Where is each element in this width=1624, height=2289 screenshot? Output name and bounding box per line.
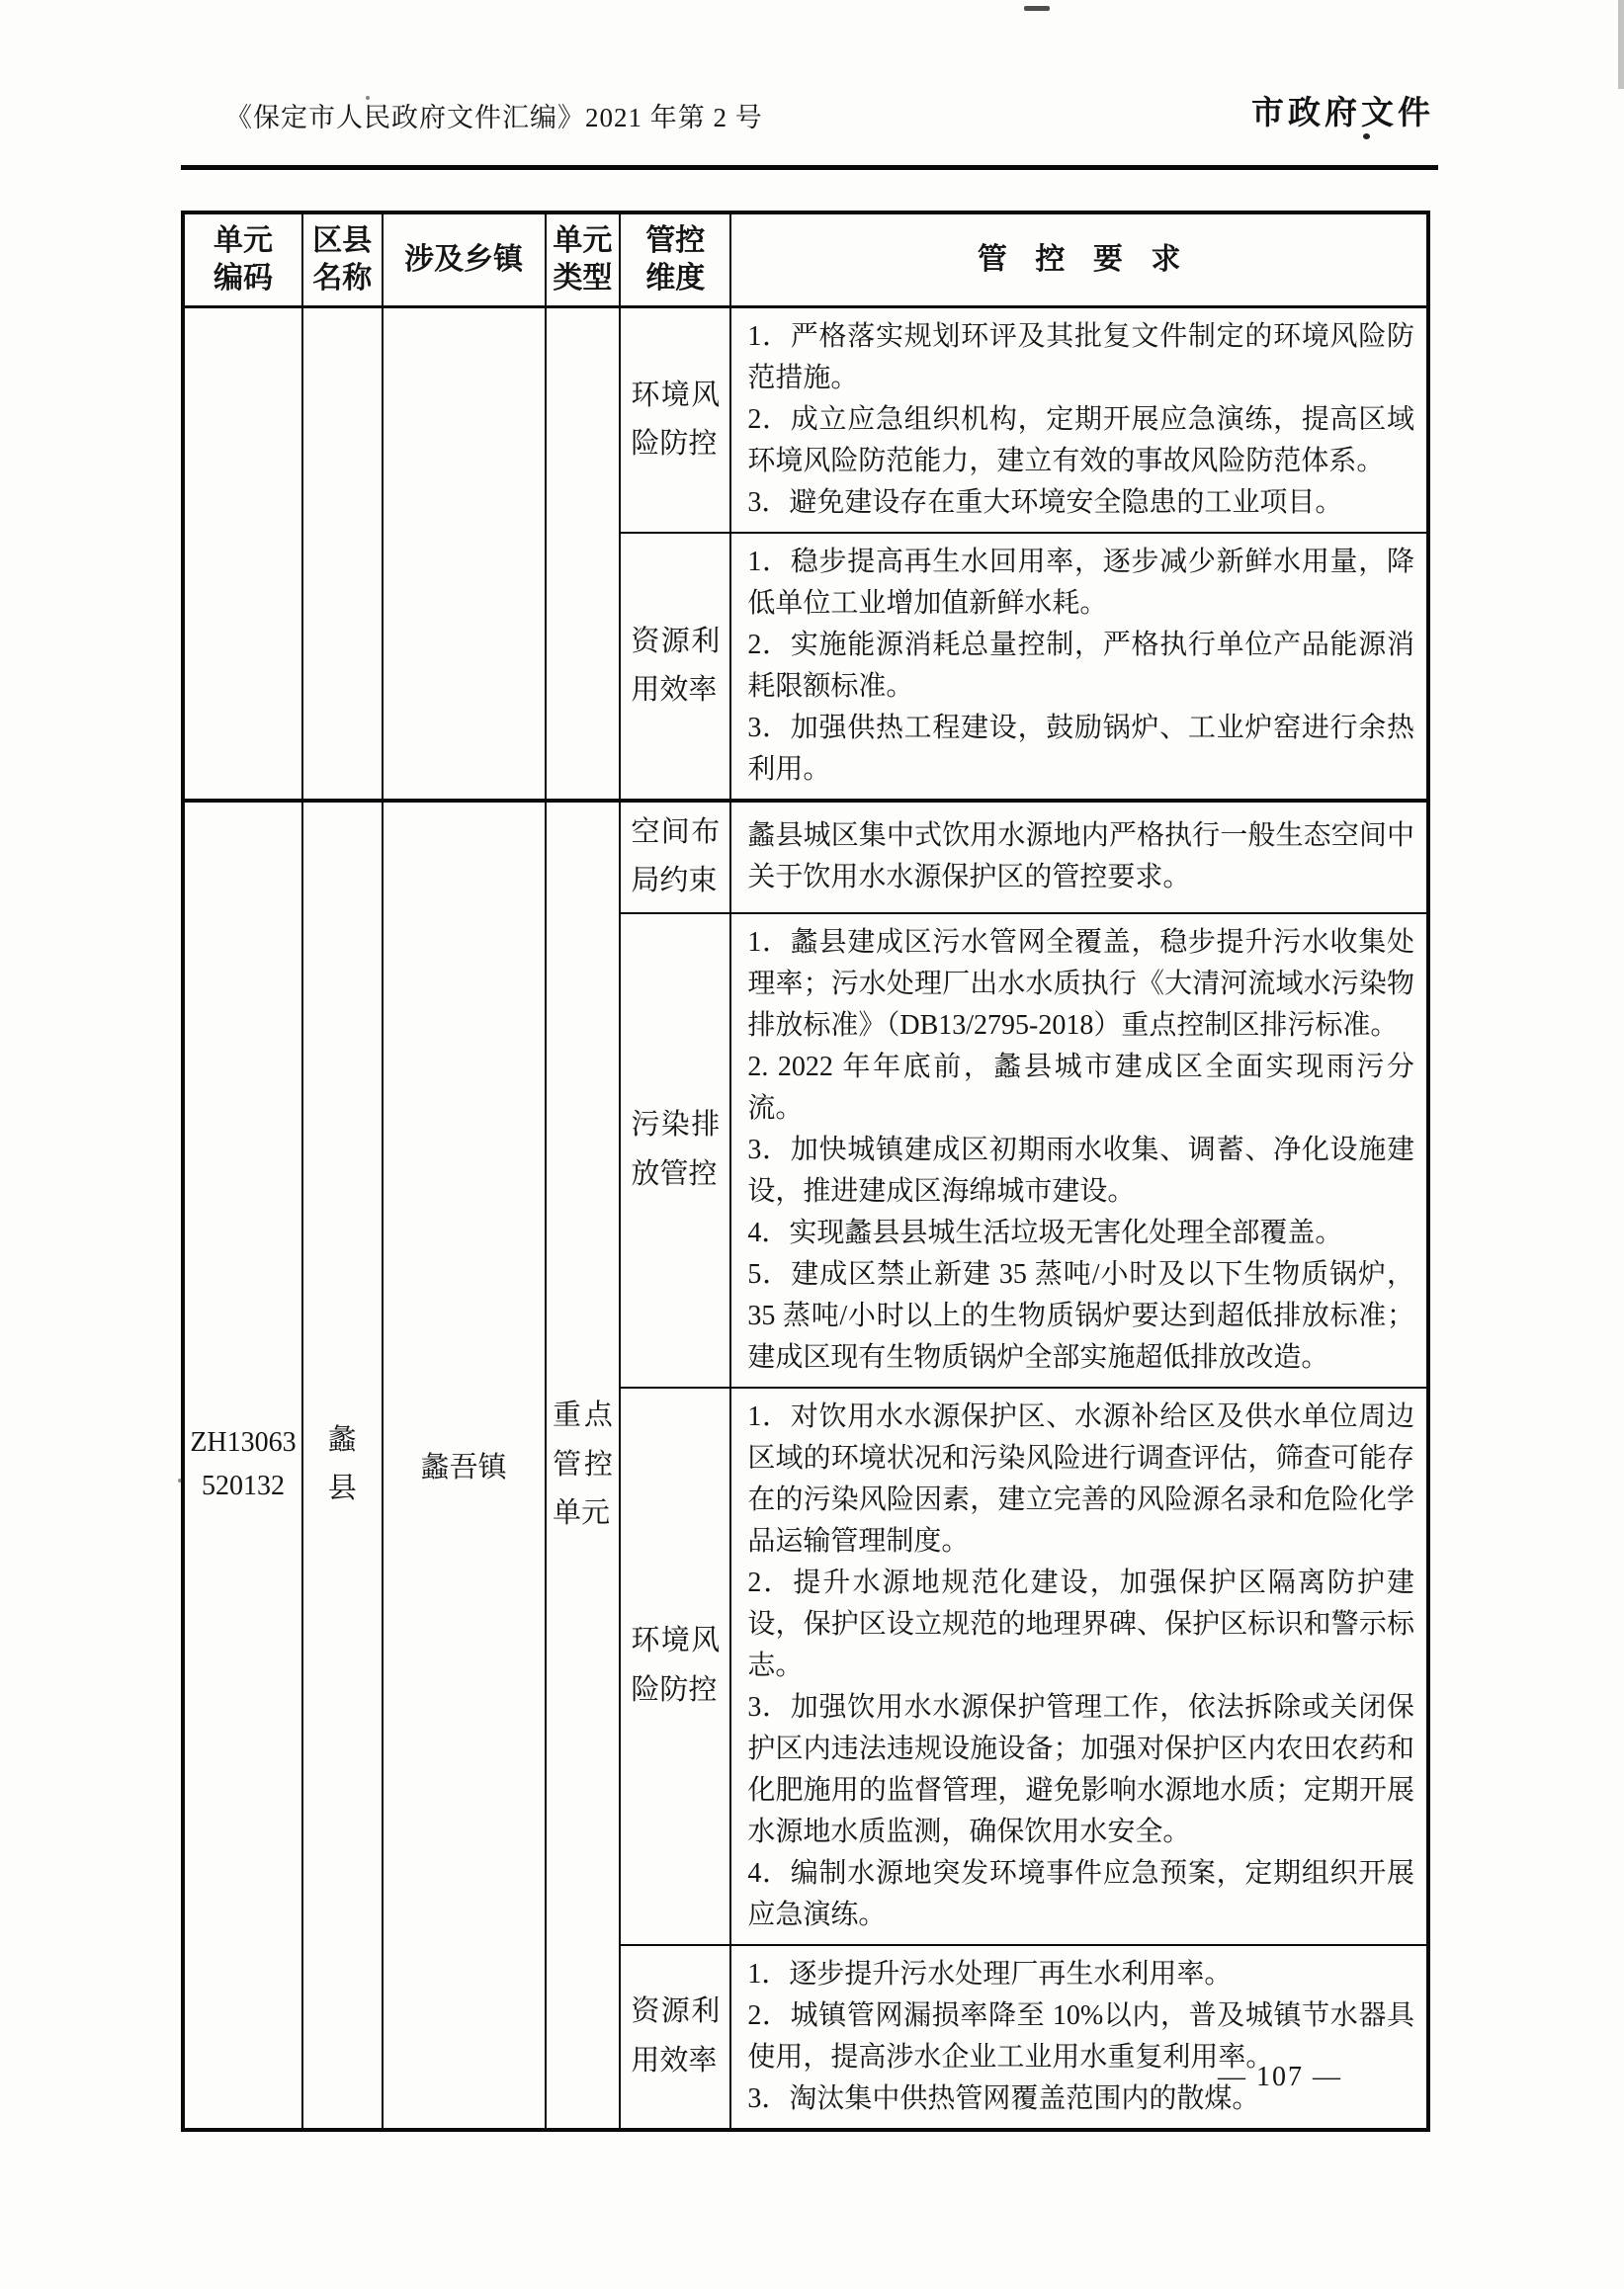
col-header-district-name: 区县名称 xyxy=(302,212,383,307)
requirement-item: 3．加强饮用水水源保护管理工作，依法拆除或关闭保护区内违法违规设施设备；加强对保… xyxy=(747,1687,1414,1853)
requirement-item: 2. 2022 年年底前，蠡县城市建成区全面实现雨污分流。 xyxy=(747,1047,1414,1130)
requirement-item: 1．稳步提高再生水回用率，逐步减少新鲜水用量，降低单位工业增加值新鲜水耗。 xyxy=(747,542,1414,625)
header-rule xyxy=(181,165,1438,170)
dimension-cell: 污染排放管控 xyxy=(620,913,730,1388)
requirement-item: 3．避免建设存在重大环境安全隐患的工业项目。 xyxy=(747,482,1414,524)
requirement-item: 蠡县城区集中式饮用水源地内严格执行一般生态空间中关于饮用水水源保护区的管控要求。 xyxy=(747,815,1414,898)
dimension-cell: 空间布局约束 xyxy=(620,801,730,913)
col-header-unit-code: 单元编码 xyxy=(183,212,302,307)
requirement-item: 5．建成区禁止新建 35 蒸吨/小时及以下生物质锅炉，35 蒸吨/小时以上的生物… xyxy=(747,1254,1414,1379)
requirement-item: 2．成立应急组织机构，定期开展应急演练，提高区域环境风险防范能力，建立有效的事故… xyxy=(747,399,1414,482)
dimension-cell: 资源利用效率 xyxy=(620,533,730,801)
scan-speck xyxy=(1363,133,1370,139)
table-row: 环境风险防控 1．严格落实规划环评及其批复文件制定的环境风险防范措施。 2．成立… xyxy=(183,307,1428,534)
requirements-cell: 蠡县城区集中式饮用水源地内严格执行一般生态空间中关于饮用水水源保护区的管控要求。 xyxy=(730,801,1428,913)
requirement-item: 2．实施能源消耗总量控制，严格执行单位产品能源消耗限额标准。 xyxy=(747,625,1414,708)
requirement-item: 1．蠡县建成区污水管网全覆盖，稳步提升污水收集处理率；污水处理厂出水水质执行《大… xyxy=(747,922,1414,1047)
requirement-item: 2．提升水源地规范化建设，加强保护区隔离防护建设，保护区设立规范的地理界碑、保护… xyxy=(747,1563,1414,1687)
col-header-unit-type: 单元类型 xyxy=(546,212,621,307)
scan-speck xyxy=(178,1479,182,1483)
unit-code-line1: ZH13063 xyxy=(185,1421,301,1465)
requirement-item: 4．实现蠡县县城生活垃圾无害化处理全部覆盖。 xyxy=(747,1213,1414,1254)
requirement-item: 3．加强供热工程建设，鼓励锅炉、工业炉窑进行余热利用。 xyxy=(747,708,1414,791)
table-header-row: 单元编码 区县名称 涉及乡镇 单元类型 管控维度 管控要求 xyxy=(183,212,1428,307)
empty-district-cell xyxy=(302,307,383,802)
requirement-item: 1．严格落实规划环评及其批复文件制定的环境风险防范措施。 xyxy=(747,316,1414,399)
col-header-control-dimension: 管控维度 xyxy=(620,212,730,307)
compilation-title: 《保定市人民政府文件汇编》2021 年第 2 号 xyxy=(225,96,763,134)
requirement-item: 1．对饮用水水源保护区、水源补给区及供水单位周边区域的环境状况和污染风险进行调查… xyxy=(747,1397,1414,1563)
table-row: ZH13063 520132 蠡县 蠡吾镇 重点管控单元 空间布局约束 蠡县城区… xyxy=(183,801,1428,913)
dimension-cell: 环境风险防控 xyxy=(620,307,730,534)
dimension-cell: 环境风险防控 xyxy=(620,1388,730,1945)
unit-code-cell: ZH13063 520132 xyxy=(183,801,302,2130)
document-category-label: 市政府文件 xyxy=(1251,87,1434,133)
unit-code-line2: 520132 xyxy=(185,1465,301,1508)
empty-unit-type-cell xyxy=(546,307,621,802)
requirements-cell: 1．蠡县建成区污水管网全覆盖，稳步提升污水收集处理率；污水处理厂出水水质执行《大… xyxy=(730,913,1428,1388)
unit-type-cell: 重点管控单元 xyxy=(546,801,621,2130)
col-header-townships: 涉及乡镇 xyxy=(383,212,546,307)
scan-speck xyxy=(1024,6,1050,11)
document-page: 《保定市人民政府文件汇编》2021 年第 2 号 市政府文件 单元编码 区县名称… xyxy=(0,0,1624,2289)
requirements-cell: 1．对饮用水水源保护区、水源补给区及供水单位周边区域的环境状况和污染风险进行调查… xyxy=(730,1388,1428,1945)
scan-speck xyxy=(366,96,370,100)
empty-township-cell xyxy=(383,307,546,802)
empty-unit-code-cell xyxy=(183,307,302,802)
requirements-cell: 1．严格落实规划环评及其批复文件制定的环境风险防范措施。 2．成立应急组织机构，… xyxy=(730,307,1428,534)
requirements-cell: 1．稳步提高再生水回用率，逐步减少新鲜水用量，降低单位工业增加值新鲜水耗。 2．… xyxy=(730,533,1428,801)
control-requirements-table: 单元编码 区县名称 涉及乡镇 单元类型 管控维度 管控要求 环境风险防控 1．严… xyxy=(181,211,1430,2132)
page-number: — 107 — xyxy=(1218,2062,1342,2093)
dimension-cell: 资源利用效率 xyxy=(620,1945,730,2130)
requirement-item: 4．编制水源地突发环境事件应急预案，定期组织开展应急演练。 xyxy=(747,1853,1414,1936)
scan-edge-shadow xyxy=(1618,0,1624,89)
requirement-item: 3．加快城镇建成区初期雨水收集、调蓄、净化设施建设，推进建成区海绵城市建设。 xyxy=(747,1130,1414,1213)
township-cell: 蠡吾镇 xyxy=(383,801,546,2130)
requirement-item: 1．逐步提升污水处理厂再生水利用率。 xyxy=(747,1954,1414,1995)
district-name-cell: 蠡县 xyxy=(302,801,383,2130)
col-header-control-requirements: 管控要求 xyxy=(730,212,1428,307)
requirements-cell: 1．逐步提升污水处理厂再生水利用率。 2．城镇管网漏损率降至 10%以内，普及城… xyxy=(730,1945,1428,2130)
